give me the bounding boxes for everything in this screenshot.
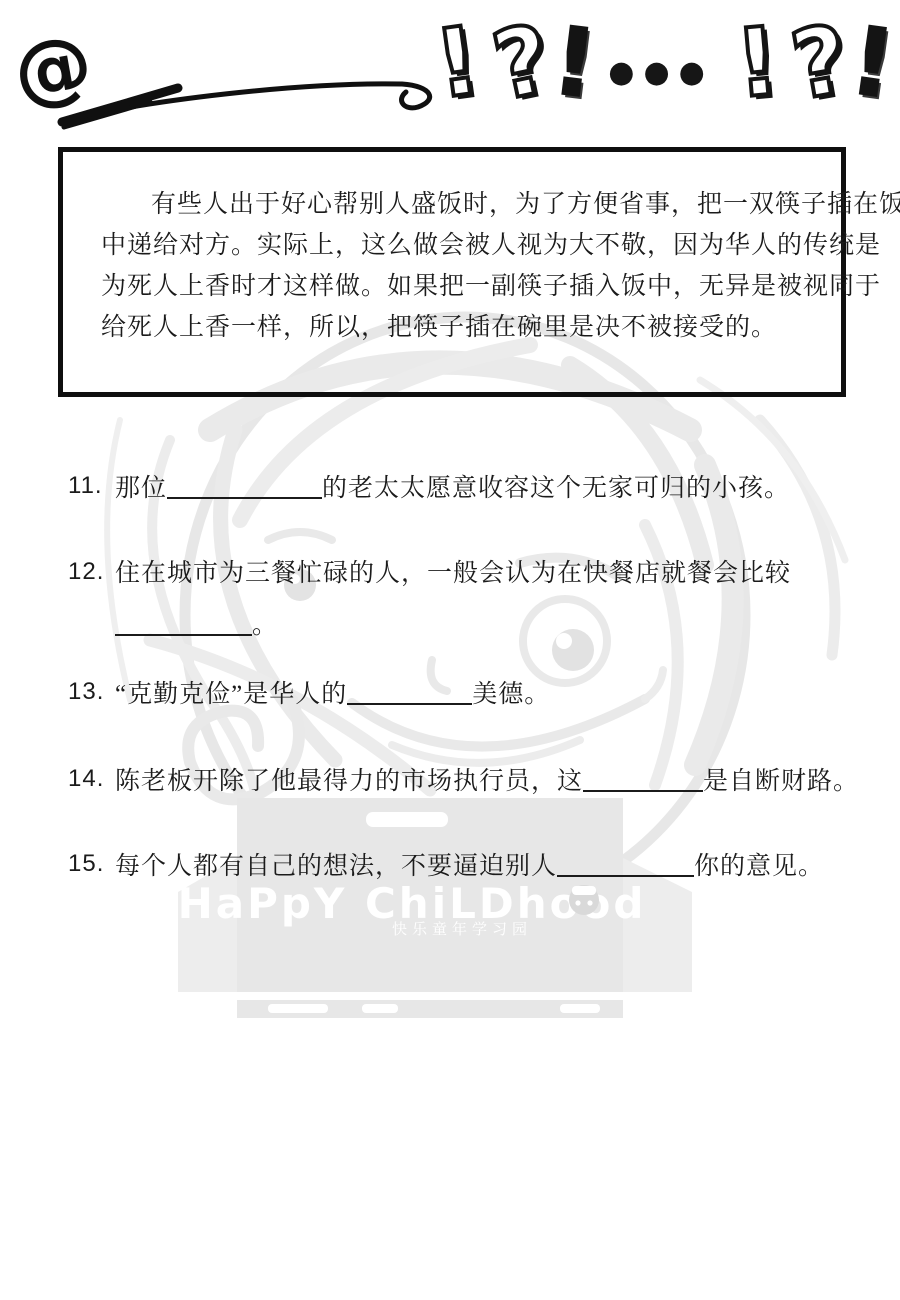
question-body: 住在城市为三餐忙碌的人，一般会认为在快餐店就餐会比较。 [115,556,868,644]
question-number: 14. [68,763,115,793]
doodle-punctuation: ! ? ! ●●● ! ? ! [436,12,896,115]
question-text: 陈老板开除了他最得力的市场执行员，这 [115,768,583,795]
header-doodle: @ ! ? ! ●●● ! ? ! [0,0,900,150]
question-body: 陈老板开除了他最得力的市场执行员，这是自断财路。 [115,763,868,800]
question-number: 13. [68,676,115,706]
answer-blank [583,766,703,792]
question-body: 那位的老太太愿意收容这个无家可归的小孩。 [115,470,868,507]
question-text: 每个人都有自己的想法，不要逼迫别人 [115,853,557,880]
question-text: 你的意见。 [694,853,824,880]
question-text: “克勤克俭”是华人的 [115,681,347,708]
question-item: 14.陈老板开除了他最得力的市场执行员，这是自断财路。 [68,763,868,800]
worksheet-page: HaPpY ChiLDhood 快乐童年学习园 @ ! ? ! ●●● ! ? … [0,0,900,1300]
swoosh-line-icon [0,0,460,150]
question-text: 。 [252,612,278,639]
answer-blank [115,610,252,636]
questions-list: 11.那位的老太太愿意收容这个无家可归的小孩。12.住在城市为三餐忙碌的人，一般… [0,0,900,1300]
question-body: 每个人都有自己的想法，不要逼迫别人你的意见。 [115,848,868,885]
question-item: 13.“克勤克俭”是华人的美德。 [68,676,868,713]
question-number: 15. [68,848,115,878]
question-number: 11. [68,470,115,500]
answer-blank [557,851,694,877]
answer-blank [347,679,472,705]
question-item: 11.那位的老太太愿意收容这个无家可归的小孩。 [68,470,868,507]
line-break [115,592,868,607]
answer-blank [167,473,322,499]
question-text: 是自断财路。 [703,768,859,795]
question-number: 12. [68,556,115,586]
ellipsis-dots-icon: ●●● [608,56,714,89]
question-item: 12.住在城市为三餐忙碌的人，一般会认为在快餐店就餐会比较。 [68,556,868,644]
exclamation-doodle-icon: ! [844,10,900,118]
question-text: 那位 [115,475,167,502]
question-text: 的老太太愿意收容这个无家可归的小孩。 [322,475,790,502]
exclamation-doodle-icon: ! [731,10,783,117]
question-text: 美德。 [472,681,550,708]
question-item: 15.每个人都有自己的想法，不要逼迫别人你的意见。 [68,848,868,885]
exclamation-doodle-icon: ! [547,10,602,118]
question-text: 住在城市为三餐忙碌的人，一般会认为在快餐店就餐会比较 [115,560,791,587]
question-body: “克勤克俭”是华人的美德。 [115,676,868,713]
exclamation-doodle-icon: ! [429,10,486,118]
